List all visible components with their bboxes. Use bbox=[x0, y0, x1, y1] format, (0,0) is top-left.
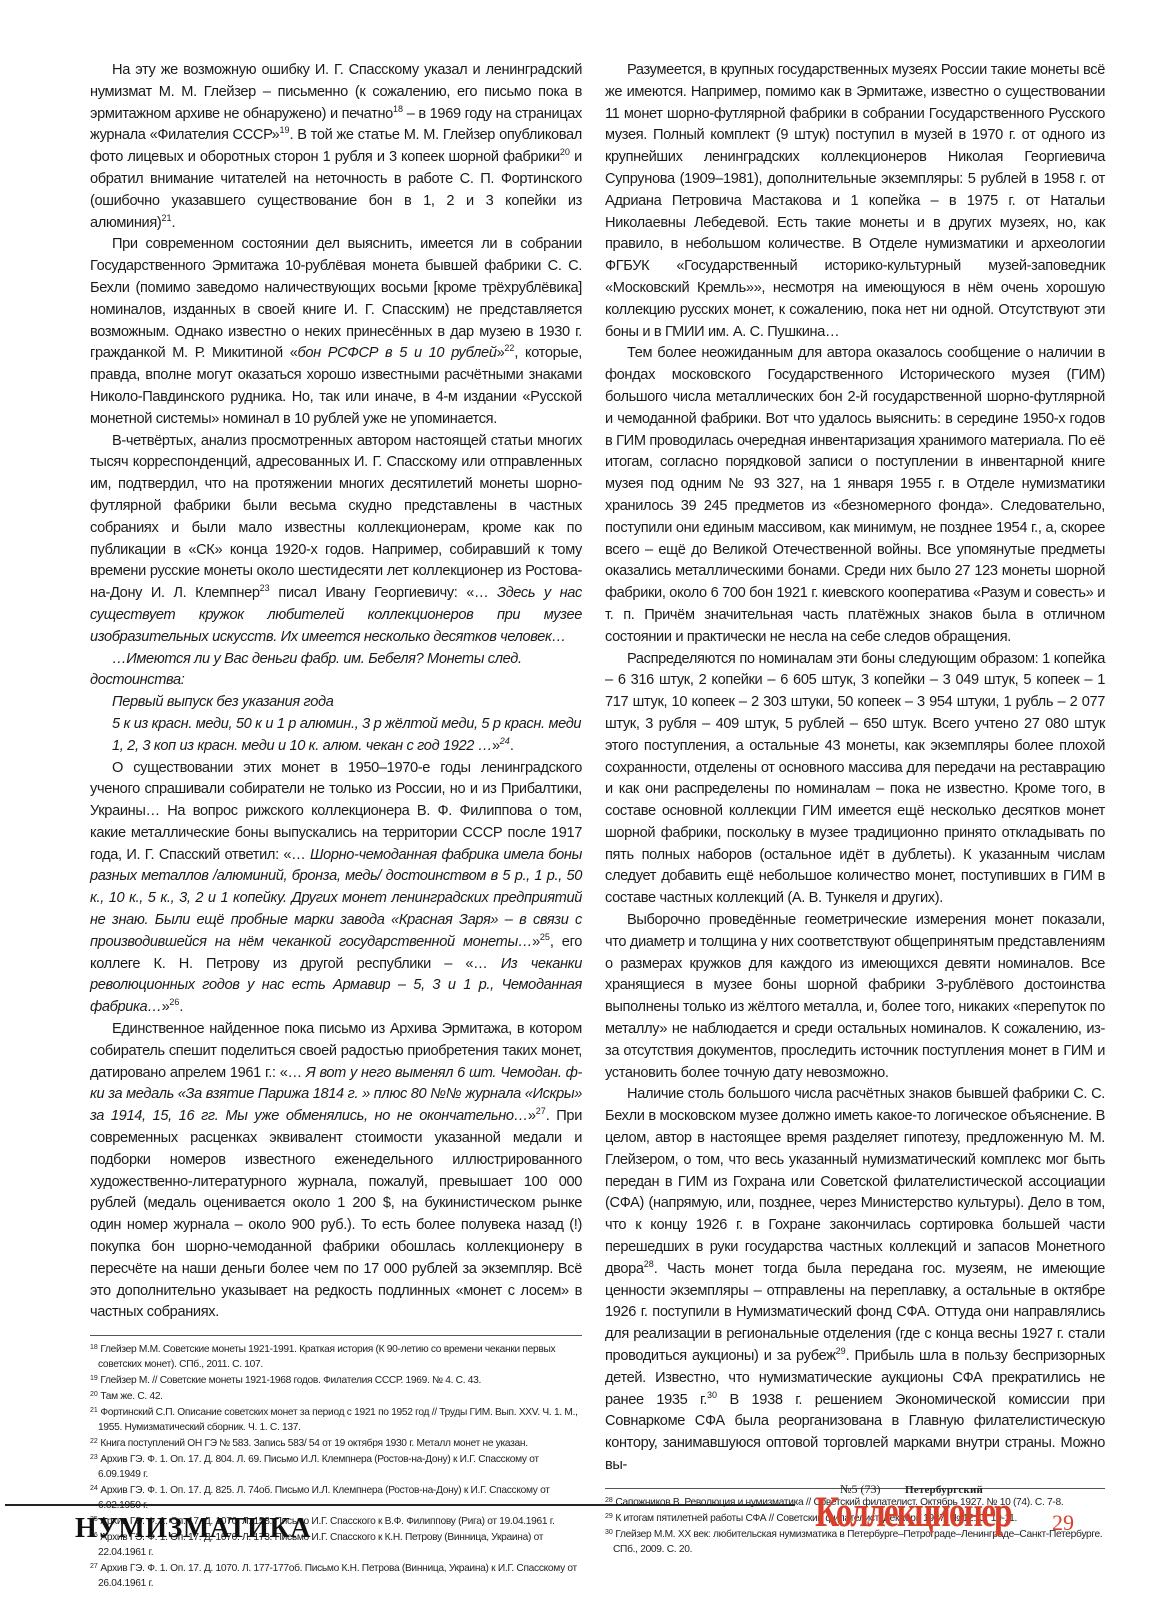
footer-divider bbox=[5, 1504, 795, 1506]
footnote: 21 Фортинский С.П. Описание советских мо… bbox=[90, 1405, 582, 1435]
magazine-page: На эту же возможную ошибку И. Г. Спасско… bbox=[0, 0, 1159, 1600]
footnote-ref[interactable]: 19 bbox=[279, 125, 289, 135]
paragraph: Наличие столь большого числа расчётных з… bbox=[605, 1084, 1105, 1476]
paragraph: Выборочно проведённые геометрические изм… bbox=[605, 910, 1105, 1084]
right-column: Разумеется, в крупных государственных му… bbox=[605, 60, 1105, 1558]
paragraph: На эту же возможную ошибку И. Г. Спасско… bbox=[90, 60, 582, 234]
paragraph: При современном состоянии дел выяснить, … bbox=[90, 234, 582, 430]
footnote-ref[interactable]: 30 bbox=[707, 1390, 717, 1400]
footnote: 22 Книга поступлений ОН ГЭ № 583. Запись… bbox=[90, 1436, 582, 1451]
footnote-ref[interactable]: 29 bbox=[836, 1346, 846, 1356]
quote-line: …Имеются ли у Вас деньги фабр. им. Бебел… bbox=[90, 649, 582, 693]
paragraph: Разумеется, в крупных государственных му… bbox=[605, 60, 1105, 343]
quote-line: 5 к из красн. меди, 50 к и 1 р алюмин., … bbox=[90, 714, 582, 736]
paragraph: Единственное найденное пока письмо из Ар… bbox=[90, 1019, 582, 1324]
footnote: 27 Архив ГЭ. Ф. 1. Оп. 17. Д. 1070. Л. 1… bbox=[90, 1561, 582, 1591]
footnote-ref[interactable]: 24 bbox=[500, 736, 510, 746]
footnote-ref[interactable]: 28 bbox=[644, 1259, 654, 1269]
left-column: На эту же возможную ошибку И. Г. Спасско… bbox=[90, 60, 582, 1592]
page-number: 29 bbox=[1052, 1510, 1074, 1536]
paragraph: Распределяются по номиналам эти боны сле… bbox=[605, 649, 1105, 911]
footnote-ref[interactable]: 22 bbox=[504, 343, 514, 353]
quote-italic: бон РСФСР в 5 и 10 рублей bbox=[298, 345, 497, 361]
footnote: 19 Глейзер М. // Советские монеты 1921-1… bbox=[90, 1373, 582, 1388]
footnote-ref[interactable]: 20 bbox=[560, 147, 570, 157]
footnote-ref[interactable]: 25 bbox=[540, 932, 550, 942]
footnote-ref[interactable]: 26 bbox=[169, 997, 179, 1007]
quote-line: Первый выпуск без указания года bbox=[90, 692, 582, 714]
logo-wordmark: Коллекционер bbox=[815, 1488, 1011, 1537]
footnote-ref[interactable]: 21 bbox=[161, 213, 171, 223]
footnote-ref[interactable]: 18 bbox=[393, 104, 403, 114]
quote-line: 1, 2, 3 коп из красн. меди и 10 к. алюм.… bbox=[90, 736, 582, 758]
magazine-logo: №5 (73) Петербургский Коллекционер bbox=[815, 1482, 1015, 1552]
section-title: НУМИЗМАТИКА bbox=[75, 1513, 311, 1545]
footnote: 23 Архив ГЭ. Ф. 1. Оп. 17. Д. 804. Л. 69… bbox=[90, 1452, 582, 1482]
paragraph: О существовании этих монет в 1950–1970-е… bbox=[90, 758, 582, 1020]
footnote-ref[interactable]: 23 bbox=[260, 583, 270, 593]
footnote-divider bbox=[90, 1335, 582, 1336]
paragraph: В-четвёртых, анализ просмотренных авторо… bbox=[90, 431, 582, 649]
footnote-ref[interactable]: 27 bbox=[536, 1106, 546, 1116]
footnote: 20 Там же. С. 42. bbox=[90, 1389, 582, 1404]
footnote: 18 Глейзер М.М. Советские монеты 1921-19… bbox=[90, 1342, 582, 1372]
footnotes-left: 18 Глейзер М.М. Советские монеты 1921-19… bbox=[90, 1342, 582, 1591]
paragraph: Тем более неожиданным для автора оказало… bbox=[605, 343, 1105, 648]
footnote: 24 Архив ГЭ. Ф. 1. Оп. 17. Д. 825. Л. 74… bbox=[90, 1483, 582, 1513]
